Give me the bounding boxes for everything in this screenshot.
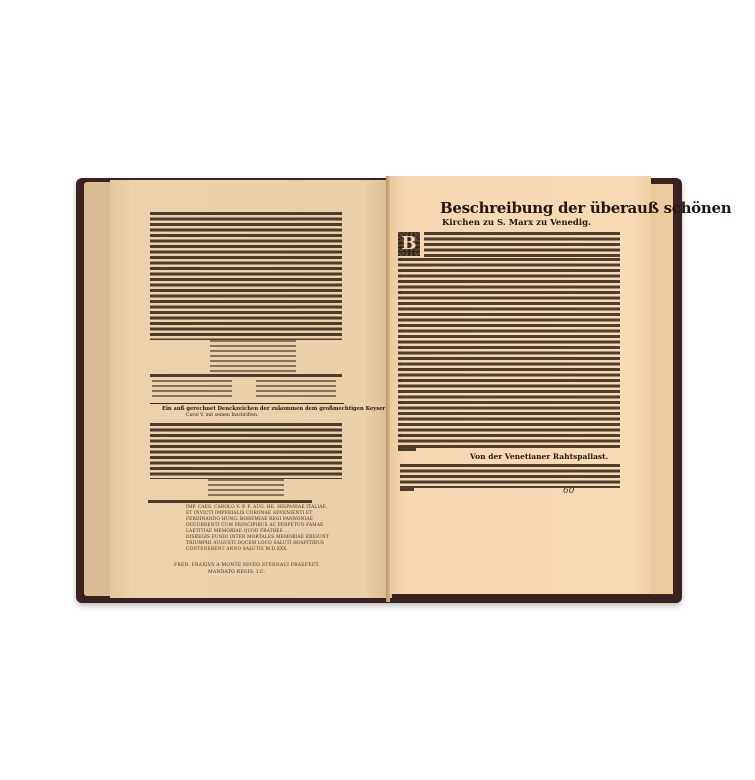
right-page-title: Beschreibung der überauß schönen (440, 199, 731, 217)
right-page-section-text (400, 464, 620, 488)
right-section-heading: Von der Venetianer Rahtspallast. (470, 452, 608, 461)
left-page-divider (150, 403, 344, 404)
inscription-signature-2: MANDATO REGIS. I.C. (208, 570, 265, 576)
left-page-body-text-2 (150, 423, 342, 479)
right-page-section-end (400, 488, 414, 492)
left-section-subheading: Carol V. mit seinen Inschriften. (186, 413, 258, 418)
right-page-body-end (398, 448, 416, 452)
left-page-lead-line (150, 374, 342, 378)
left-page-lead-line-2 (148, 500, 312, 504)
latin-inscription: IMP. CAES. CAROLO V. P. F. AUG. HE. HISP… (186, 505, 329, 553)
right-page-subtitle: Kirchen zu S. Marx zu Venedig. (442, 218, 591, 228)
inscription-signature: FRED. FRAXIVS A MONTE NIVEO STERNACI PRA… (174, 563, 320, 569)
right-page-body-text (398, 258, 620, 448)
drop-cap: B (398, 232, 420, 256)
left-page-verse-2 (208, 479, 284, 499)
inscription-line: CONTENERENT ANNO SALUTIS M.D.XXX. (186, 547, 329, 553)
book-gutter (386, 176, 390, 602)
left-page-verse (210, 340, 296, 372)
left-section-heading: Ein auß gerechnet Denckzeichen der zukom… (162, 406, 385, 412)
left-page-col-b (256, 380, 336, 400)
book-photo: Ein auß gerechnet Denckzeichen der zukom… (0, 0, 755, 780)
page-number: 60 (563, 486, 574, 496)
left-page-col-a (152, 380, 232, 400)
left-page-body-text (150, 212, 342, 340)
right-page-lead-text (424, 232, 620, 258)
